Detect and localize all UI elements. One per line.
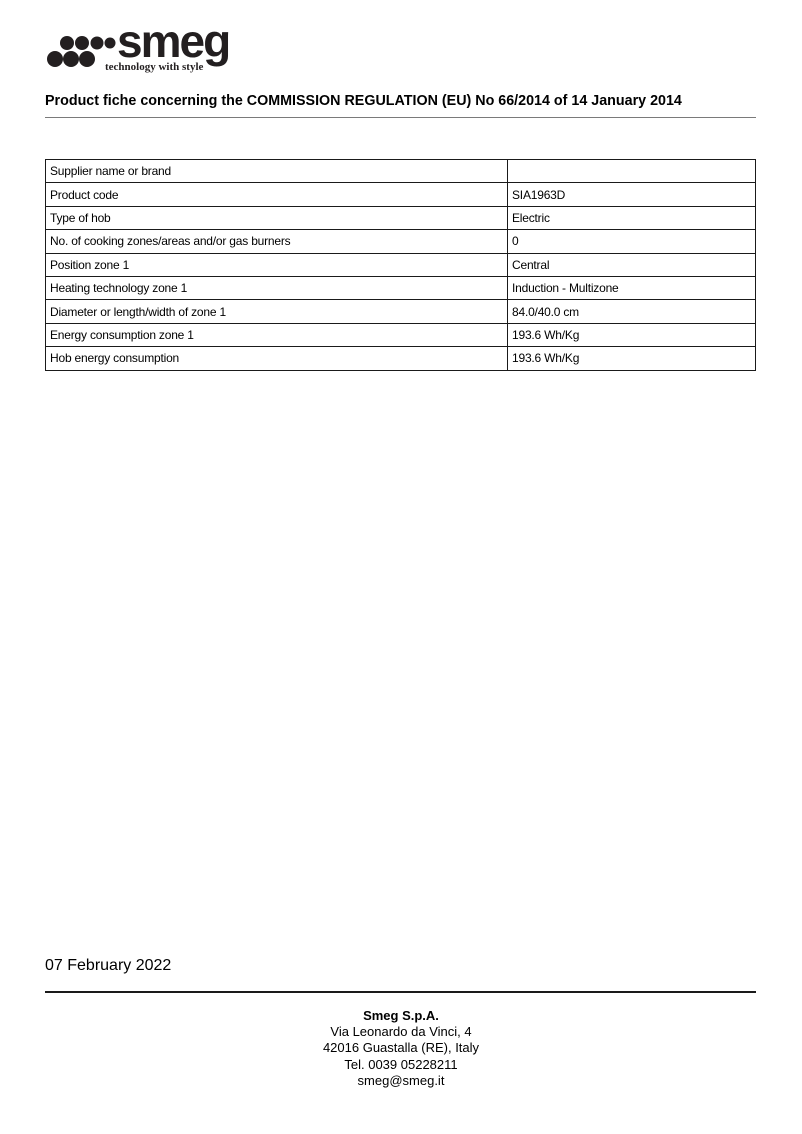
- title-divider: [45, 117, 756, 118]
- row-value: [508, 160, 756, 183]
- table-row: Hob energy consumption 193.6 Wh/Kg: [46, 347, 756, 370]
- address-line-1: Via Leonardo da Vinci, 4: [0, 1024, 802, 1040]
- row-value: Electric: [508, 206, 756, 229]
- table-row: Diameter or length/width of zone 1 84.0/…: [46, 300, 756, 323]
- row-value: Central: [508, 253, 756, 276]
- smeg-logo: smeg technology with style: [47, 26, 247, 76]
- email-address: smeg@smeg.it: [0, 1073, 802, 1089]
- phone-number: Tel. 0039 05228211: [0, 1057, 802, 1073]
- table-row: Energy consumption zone 1 193.6 Wh/Kg: [46, 323, 756, 346]
- table-row: No. of cooking zones/areas and/or gas bu…: [46, 230, 756, 253]
- company-footer: Smeg S.p.A. Via Leonardo da Vinci, 4 420…: [0, 1008, 802, 1089]
- row-label: Type of hob: [46, 206, 508, 229]
- logo-wordmark: smeg: [117, 18, 229, 64]
- document-title: Product fiche concerning the COMMISSION …: [45, 93, 682, 109]
- row-value: 193.6 Wh/Kg: [508, 323, 756, 346]
- row-label: Supplier name or brand: [46, 160, 508, 183]
- row-label: Energy consumption zone 1: [46, 323, 508, 346]
- row-label: Position zone 1: [46, 253, 508, 276]
- document-date: 07 February 2022: [45, 957, 171, 975]
- table-row: Product code SIA1963D: [46, 183, 756, 206]
- product-fiche-table: Supplier name or brand Product code SIA1…: [45, 159, 756, 371]
- row-label: Hob energy consumption: [46, 347, 508, 370]
- row-label: Heating technology zone 1: [46, 276, 508, 299]
- table-row: Supplier name or brand: [46, 160, 756, 183]
- row-value: SIA1963D: [508, 183, 756, 206]
- row-value: Induction - Multizone: [508, 276, 756, 299]
- row-value: 0: [508, 230, 756, 253]
- row-label: No. of cooking zones/areas and/or gas bu…: [46, 230, 508, 253]
- row-value: 193.6 Wh/Kg: [508, 347, 756, 370]
- table-row: Heating technology zone 1 Induction - Mu…: [46, 276, 756, 299]
- table-row: Position zone 1 Central: [46, 253, 756, 276]
- logo-tagline: technology with style: [105, 61, 203, 73]
- row-label: Diameter or length/width of zone 1: [46, 300, 508, 323]
- company-name: Smeg S.p.A.: [0, 1008, 802, 1024]
- footer-divider: [45, 991, 756, 993]
- table-row: Type of hob Electric: [46, 206, 756, 229]
- row-value: 84.0/40.0 cm: [508, 300, 756, 323]
- address-line-2: 42016 Guastalla (RE), Italy: [0, 1040, 802, 1056]
- row-label: Product code: [46, 183, 508, 206]
